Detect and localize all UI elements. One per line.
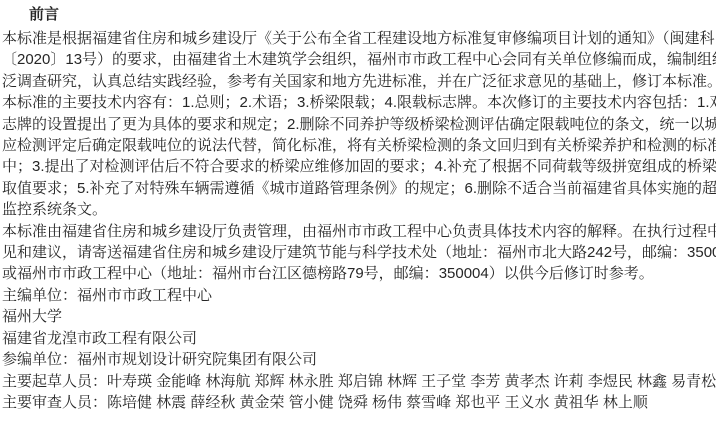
text-line: 泛调查研究，认真总结实践经验，参考有关国家和地方先进标准，并在广泛征求意见的基础…: [2, 71, 716, 92]
text-line: 主要审查人员：陈培健 林震 薛经秋 黄金荣 管小健 饶舜 杨伟 蔡雪峰 郑也平 …: [2, 392, 716, 413]
document-page: 前言 本标准是根据福建省住房和城乡建设厅《关于公布全省工程建设地方标准复审修编项…: [0, 0, 718, 413]
text-line: 福建省龙湟市政工程有限公司: [2, 328, 716, 349]
text-line: 本标准的主要技术内容有：1.总则；2.术语；3.桥梁限载；4.限载标志牌。本次修…: [2, 92, 716, 113]
text-line: 主要起草人员：叶寿瑛 金能峰 林海航 郑辉 林永胜 郑启锦 林辉 王子堂 李芳 …: [2, 371, 716, 392]
text-line: 主编单位：福州市市政工程中心: [2, 285, 716, 306]
text-line: 监控系统条文。: [2, 199, 716, 220]
text-line: 志牌的设置提出了更为具体的要求和规定；2.删除不同养护等级桥梁检测评估确定限载吨…: [2, 114, 716, 135]
text-line: 参编单位：福州市规划设计研究院集团有限公司: [2, 349, 716, 370]
text-line: 本标准是根据福建省住房和城乡建设厅《关于公布全省工程建设地方标准复审修编项目计划…: [2, 28, 716, 49]
text-line: 应检测评定后确定限载吨位的说法代替，简化标准，将有关桥梁检测的条文回归到有关桥梁…: [2, 135, 716, 156]
text-line: 见和建议，请寄送福建省住房和城乡建设厅建筑节能与科学技术处（地址：福州市北大路2…: [2, 242, 716, 263]
text-line: 福州大学: [2, 306, 716, 327]
text-line: 取值要求；5.补充了对特殊车辆需遵循《城市道路管理条例》的规定；6.删除不适合当…: [2, 178, 716, 199]
text-line: 或福州市市政工程中心（地址：福州市台江区德榜路79号，邮编：350004）以供今…: [2, 263, 716, 284]
text-line: 〔2020〕13号）的要求，由福建省土木建筑学会组织，福州市市政工程中心会同有关…: [2, 49, 716, 70]
text-line: 本标准由福建省住房和城乡建设厅负责管理，由福州市市政工程中心负责具体技术内容的解…: [2, 221, 716, 242]
section-heading: 前言: [2, 4, 716, 26]
text-line: 中；3.提出了对检测评估后不符合要求的桥梁应维修加固的要求；4.补充了根据不同荷…: [2, 156, 716, 177]
